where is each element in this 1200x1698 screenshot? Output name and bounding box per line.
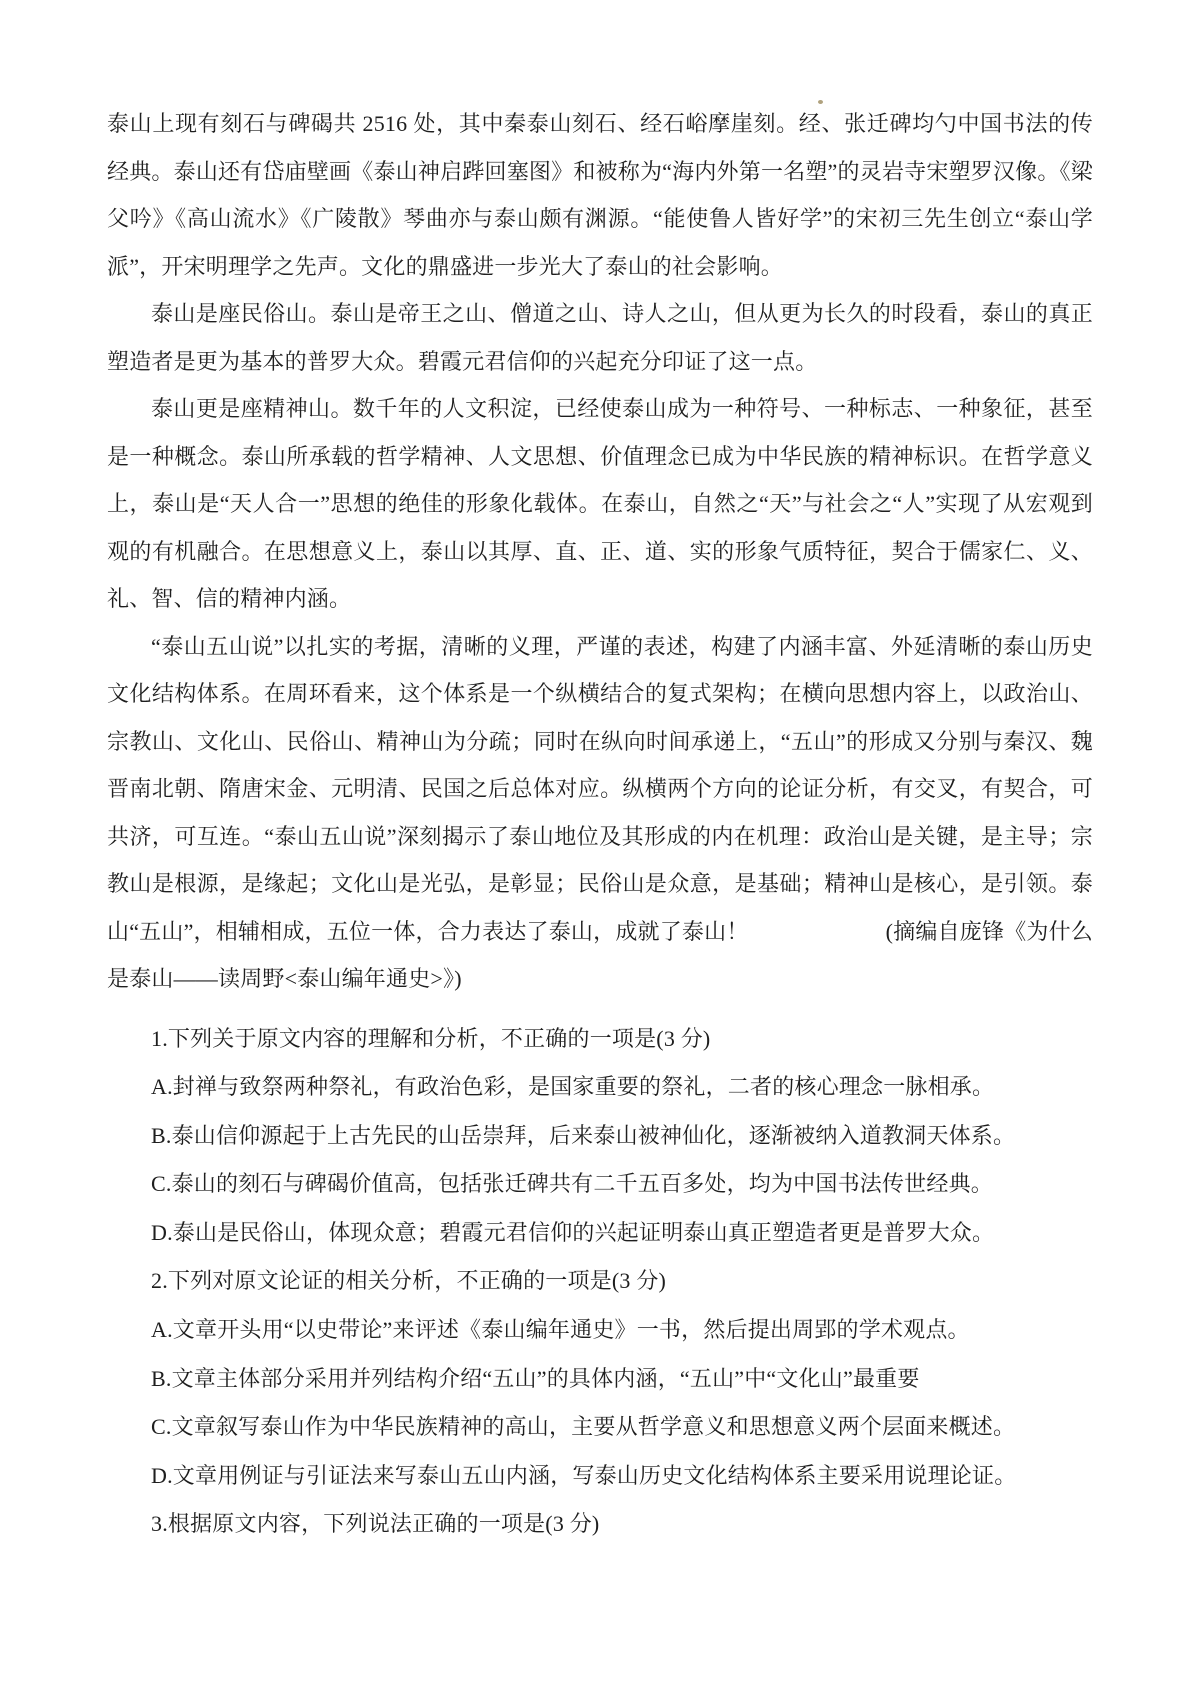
text-line: 泰山上现有刻石与碑碣共 2516 处，其中秦泰山刻石、经石峪摩崖刻。经、张迁碑均…: [107, 100, 1093, 148]
text-line: 泰山是座民俗山。泰山是帝王之山、僧道之山、诗人之山，但从更为长久的时段看，泰山的…: [107, 290, 1093, 338]
text-line: 晋南北朝、隋唐宋金、元明清、民国之后总体对应。纵横两个方向的论证分析，有交叉，有…: [107, 765, 1093, 813]
question-1: 1.下列关于原文内容的理解和分析，不正确的一项是(3 分): [107, 1015, 1093, 1064]
question-2-option-a: A.文章开头用“以史带论”来评述《泰山编年通史》一书，然后提出周郢的学术观点。: [107, 1306, 1093, 1355]
questions-section: 1.下列关于原文内容的理解和分析，不正确的一项是(3 分)A.封禅与致祭两种祭礼…: [107, 1015, 1093, 1550]
scan-artifact-dot: [818, 100, 823, 104]
attribution-text: (摘编自庞锋《为什么: [886, 908, 1093, 956]
question-1-option-d: D.泰山是民俗山，体现众意；碧霞元君信仰的兴起证明泰山真正塑造者更是普罗大众。: [107, 1209, 1093, 1258]
text-line-left: 山“五山”，相辅相成，五位一体，合力表达了泰山，成就了泰山！: [107, 908, 749, 956]
question-2-option-b: B.文章主体部分采用并列结构介绍“五山”的具体内涵，“五山”中“文化山”最重要: [107, 1355, 1093, 1404]
text-line: 泰山更是座精神山。数千年的人文积淀，已经使泰山成为一种符号、一种标志、一种象征，…: [107, 385, 1093, 433]
text-line: 教山是根源，是缘起；文化山是光弘，是彰显；民俗山是众意，是基础；精神山是核心，是…: [107, 860, 1093, 908]
text-line: 经典。泰山还有岱庙壁画《泰山神启跸回塞图》和被称为“海内外第一名塑”的灵岩寺宋塑…: [107, 148, 1093, 196]
text-line: 派”，开宋明理学之先声。文化的鼎盛进一步光大了泰山的社会影响。: [107, 243, 1093, 291]
text-line: 是泰山——读周野<泰山编年通史>》): [107, 955, 1093, 1003]
question-1-option-b: B.泰山信仰源起于上古先民的山岳崇拜，后来泰山被神仙化，逐渐被纳入道教洞天体系。: [107, 1112, 1093, 1161]
text-line: 文化结构体系。在周环看来，这个体系是一个纵横结合的复式架构；在横向思想内容上，以…: [107, 670, 1093, 718]
page-content: 泰山上现有刻石与碑碣共 2516 处，其中秦泰山刻石、经石峪摩崖刻。经、张迁碑均…: [0, 0, 1200, 1549]
text-line: 共济，可互连。“泰山五山说”深刻揭示了泰山地位及其形成的内在机理：政治山是关键，…: [107, 813, 1093, 861]
text-line: 是一种概念。泰山所承载的哲学精神、人文思想、价值理念已成为中华民族的精神标识。在…: [107, 433, 1093, 481]
text-line: 上，泰山是“天人合一”思想的绝佳的形象化载体。在泰山，自然之“天”与社会之“人”…: [107, 480, 1093, 528]
passage-section: 泰山上现有刻石与碑碣共 2516 处，其中秦泰山刻石、经石峪摩崖刻。经、张迁碑均…: [107, 100, 1093, 1003]
text-line: 父吟》《高山流水》《广陵散》琴曲亦与泰山颇有渊源。“能使鲁人皆好学”的宋初三先生…: [107, 195, 1093, 243]
question-1-option-c: C.泰山的刻石与碑碣价值高，包括张迁碑共有二千五百多处，均为中国书法传世经典。: [107, 1160, 1093, 1209]
text-line: 宗教山、文化山、民俗山、精神山为分疏；同时在纵向时间承递上，“五山”的形成又分别…: [107, 718, 1093, 766]
document-page: 泰山上现有刻石与碑碣共 2516 处，其中秦泰山刻石、经石峪摩崖刻。经、张迁碑均…: [0, 0, 1200, 1698]
text-line: 塑造者是更为基本的普罗大众。碧霞元君信仰的兴起充分印证了这一点。: [107, 338, 1093, 386]
question-1-option-a: A.封禅与致祭两种祭礼，有政治色彩，是国家重要的祭礼，二者的核心理念一脉相承。: [107, 1063, 1093, 1112]
question-3: 3.根据原文内容，下列说法正确的一项是(3 分): [107, 1500, 1093, 1549]
text-line: “泰山五山说”以扎实的考据，清晰的义理，严谨的表述，构建了内涵丰富、外延清晰的泰…: [107, 623, 1093, 671]
question-2: 2.下列对原文论证的相关分析，不正确的一项是(3 分): [107, 1257, 1093, 1306]
text-line: 观的有机融合。在思想意义上，泰山以其厚、直、正、道、实的形象气质特征，契合于儒家…: [107, 528, 1093, 576]
question-2-option-d: D.文章用例证与引证法来写泰山五山内涵，写泰山历史文化结构体系主要采用说理论证。: [107, 1452, 1093, 1501]
text-line: 山“五山”，相辅相成，五位一体，合力表达了泰山，成就了泰山！(摘编自庞锋《为什么: [107, 908, 1093, 956]
question-2-option-c: C.文章叙写泰山作为中华民族精神的高山，主要从哲学意义和思想意义两个层面来概述。: [107, 1403, 1093, 1452]
text-line: 礼、智、信的精神内涵。: [107, 575, 1093, 623]
